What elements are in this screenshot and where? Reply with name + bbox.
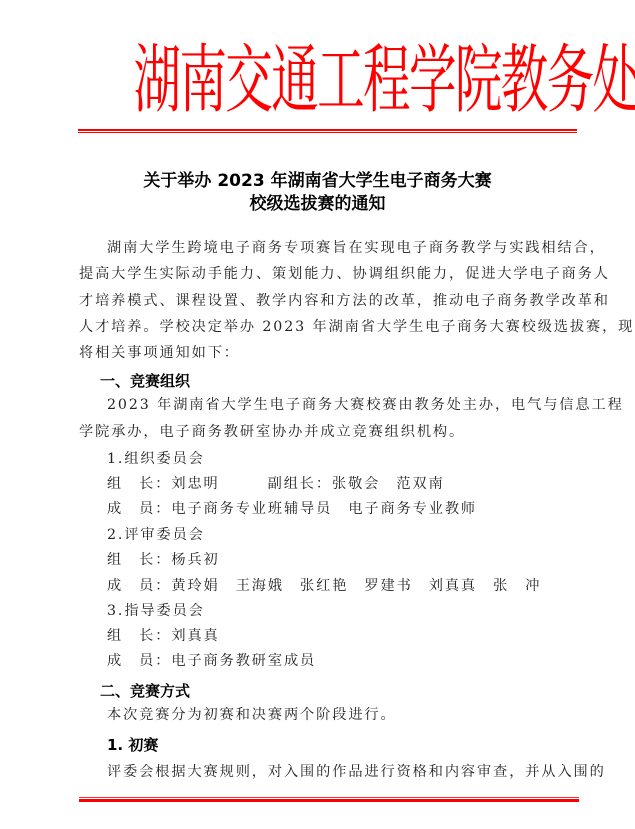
members-names: 黄玲娟 王海娥 张红艳 罗建书 刘真真 张 冲 — [171, 578, 541, 594]
leader-label: 组 长： — [107, 628, 171, 644]
intro-paragraph-line: 才培养模式、课程设置、教学内容和方法的改革，推动电子商务教学改革和 — [79, 291, 610, 311]
section2-heading: 二、竞赛方式 — [100, 680, 190, 701]
document-title-line1: 关于举办 2023 年湖南省大学生电子商务大赛 — [0, 166, 635, 191]
leader-label: 组 长： — [107, 552, 171, 568]
intro-paragraph-line: 人才培养。学校决定举办 2023 年湖南省大学生电子商务大赛校级选拔赛，现 — [79, 317, 634, 337]
committee-members-row: 成 员：黄玲娟 王海娥 张红艳 罗建书 刘真真 张 冲 — [107, 576, 541, 596]
committee-leader-row: 组 长：杨兵初 — [107, 550, 220, 570]
members-label: 成 员： — [107, 653, 171, 669]
members-names: 电子商务教研室成员 — [171, 653, 316, 669]
intro-paragraph-line: 湖南大学生跨境电子商务专项赛旨在实现电子商务教学与实践相结合， — [107, 238, 606, 258]
intro-paragraph-line: 将相关事项通知如下： — [79, 343, 240, 363]
section2-body: 本次竞赛分为初赛和决赛两个阶段进行。 — [107, 705, 397, 725]
section1-body-line: 2023 年湖南省大学生电子商务大赛校赛由教务处主办，电气与信息工程 — [107, 395, 624, 415]
committee-leader-row: 组 长：刘忠明副组长：张敬会 范双南 — [107, 474, 445, 494]
members-label: 成 员： — [107, 578, 171, 594]
committee-leader-row: 组 长：刘真真 — [107, 626, 220, 646]
section2-subheading: 1. 初赛 — [107, 734, 158, 755]
members-label: 成 员： — [107, 501, 171, 517]
section1-body-line: 学院承办，电子商务教研室协办并成立竞赛组织机构。 — [79, 422, 465, 442]
committee-title: 1.组织委员会 — [107, 449, 205, 469]
header-red-rule — [78, 129, 577, 131]
deputy-names: 张敬会 范双南 — [332, 476, 445, 492]
document-page: 湖南交通工程学院教务处 关于举办 2023 年湖南省大学生电子商务大赛 校级选拔… — [0, 0, 635, 829]
leader-name: 刘真真 — [171, 628, 219, 644]
deputy-label: 副组长： — [268, 476, 332, 492]
leader-label: 组 长： — [107, 476, 171, 492]
document-title-line2: 校级选拔赛的通知 — [0, 189, 635, 214]
footer-red-rule-thin — [79, 797, 579, 798]
leader-name: 刘忠明 — [171, 476, 219, 492]
committee-members-row: 成 员：电子商务教研室成员 — [107, 651, 316, 671]
committee-title: 2.评审委员会 — [107, 525, 205, 545]
header-red-rule-thin — [78, 132, 577, 133]
committee-title: 3.指导委员会 — [107, 601, 205, 621]
leader-name: 杨兵初 — [171, 552, 219, 568]
footer-red-rule — [79, 799, 579, 802]
intro-paragraph-line: 提高大学生实际动手能力、策划能力、协调组织能力，促进大学电子商务人 — [79, 264, 610, 284]
members-names: 电子商务专业班辅导员 电子商务专业教师 — [171, 501, 477, 517]
section1-heading: 一、竞赛组织 — [100, 370, 190, 391]
committee-members-row: 成 员：电子商务专业班辅导员 电子商务专业教师 — [107, 499, 477, 519]
masthead: 湖南交通工程学院教务处 — [78, 36, 578, 124]
section2-sub-body: 评委会根据大赛规则，对入围的作品进行资格和内容审查，并从入围的 — [107, 762, 606, 782]
masthead-title: 湖南交通工程学院教务处 — [133, 24, 635, 137]
